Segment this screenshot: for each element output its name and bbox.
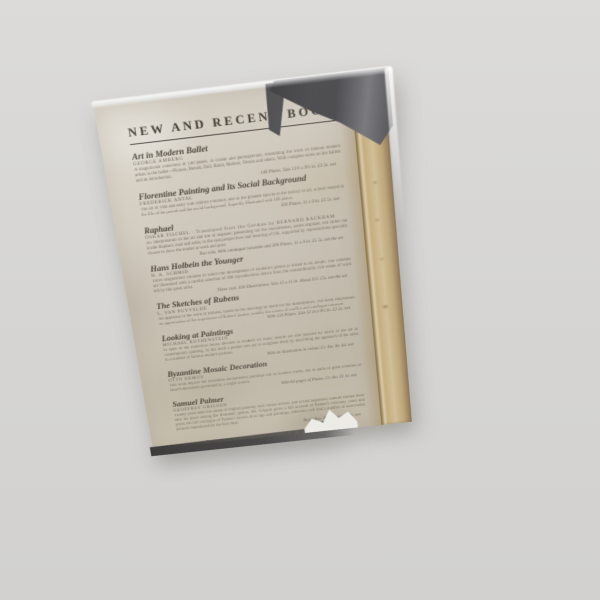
book: NEW AND RECENT BOOKS Art in Modern Balle… bbox=[94, 73, 412, 450]
book-back-cover: NEW AND RECENT BOOKS Art in Modern Balle… bbox=[94, 77, 382, 449]
cover-content: NEW AND RECENT BOOKS Art in Modern Balle… bbox=[94, 77, 382, 449]
book-entries-list: Art in Modern Ballet GEORGE AMBERG A mag… bbox=[131, 128, 366, 439]
photo-scene: NEW AND RECENT BOOKS Art in Modern Balle… bbox=[0, 0, 600, 600]
